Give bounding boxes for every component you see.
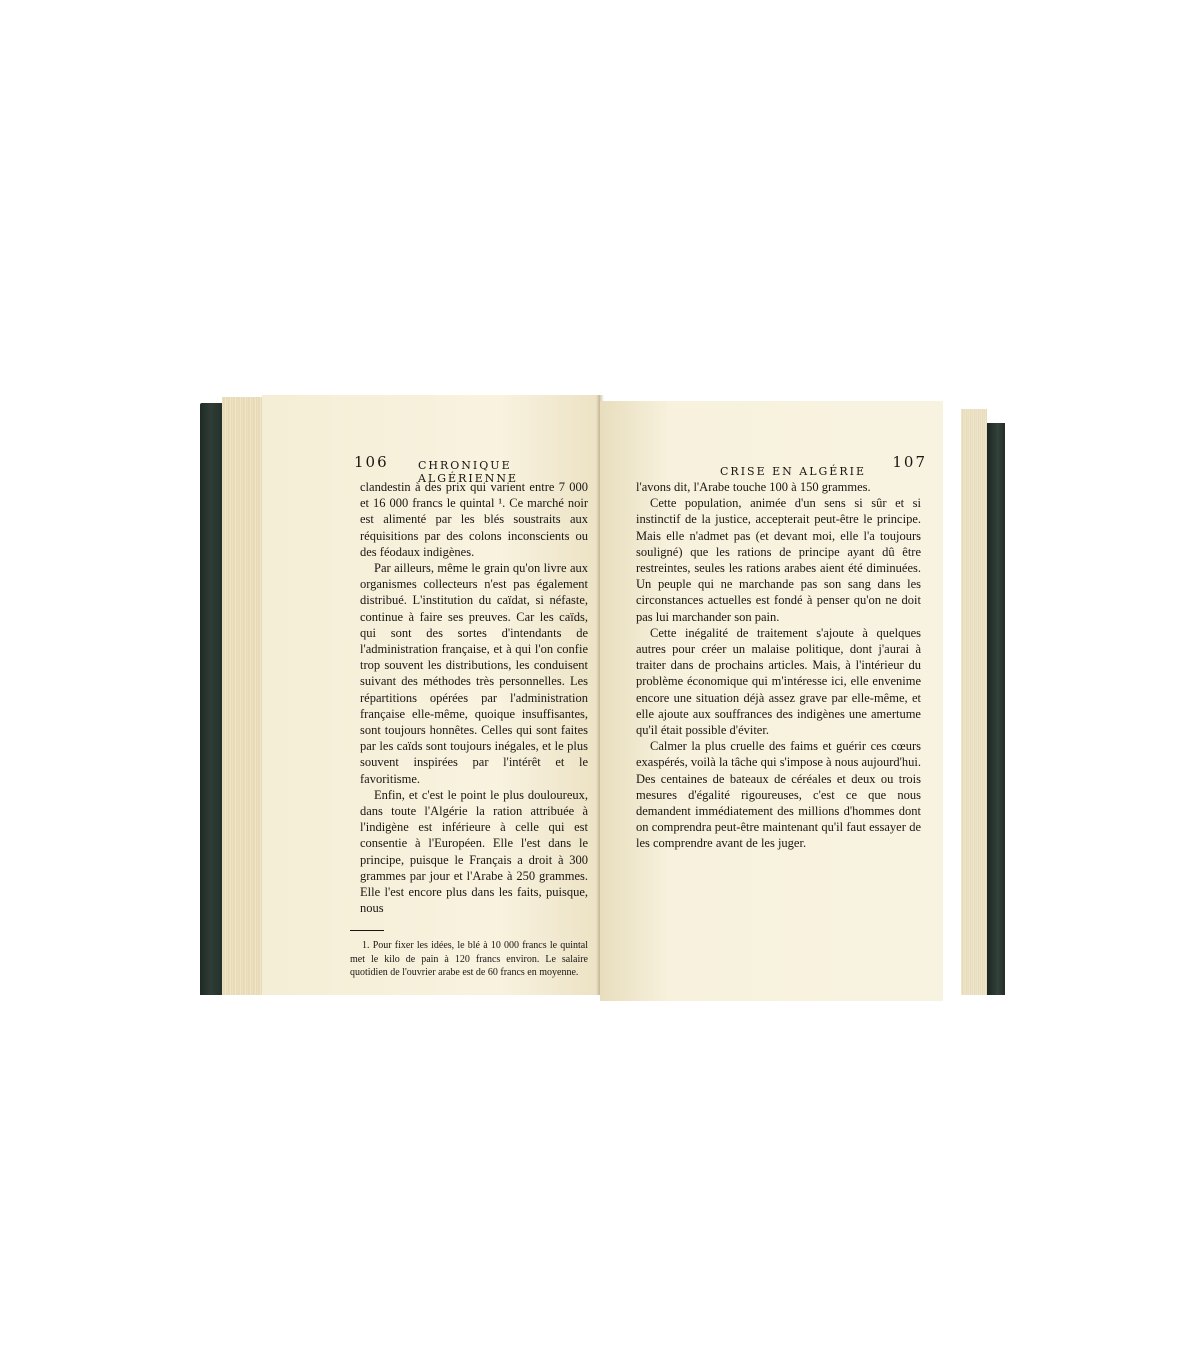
paragraph: l'avons dit, l'Arabe touche 100 à 150 gr… <box>636 479 921 495</box>
right-running-head: CRISE EN ALGÉRIE 107 <box>636 457 921 479</box>
running-title-left: CHRONIQUE ALGÉRIENNE <box>418 459 588 485</box>
book-cover-left <box>200 403 222 995</box>
book-cover-right <box>987 423 1005 995</box>
left-page: 106 CHRONIQUE ALGÉRIENNE clandestin à de… <box>262 395 600 995</box>
paragraph: Par ailleurs, même le grain qu'on livre … <box>360 560 588 787</box>
running-title-right: CRISE EN ALGÉRIE <box>720 465 866 478</box>
right-page-body: l'avons dit, l'Arabe touche 100 à 150 gr… <box>636 479 921 852</box>
page-edges-left <box>222 397 264 995</box>
paragraph: Calmer la plus cruelle des faims et guér… <box>636 738 921 851</box>
paragraph: Enfin, et c'est le point le plus doulour… <box>360 787 588 917</box>
footnote-rule <box>350 930 384 931</box>
open-book: 106 CHRONIQUE ALGÉRIENNE clandestin à de… <box>200 395 1005 995</box>
paragraph: Cette population, animée d'un sens si sû… <box>636 495 921 625</box>
footnote-block: 1. Pour fixer les idées, le blé à 10 000… <box>350 930 588 980</box>
page-number-left: 106 <box>354 453 389 471</box>
page-number-right: 107 <box>892 453 927 471</box>
right-page: CRISE EN ALGÉRIE 107 l'avons dit, l'Arab… <box>600 401 943 1001</box>
footnote: 1. Pour fixer les idées, le blé à 10 000… <box>350 939 588 980</box>
paragraph: clandestin à des prix qui varient entre … <box>360 479 588 560</box>
paragraph: Cette inégalité de traitement s'ajoute à… <box>636 625 921 738</box>
left-running-head: 106 CHRONIQUE ALGÉRIENNE <box>362 457 588 479</box>
left-page-body: clandestin à des prix qui varient entre … <box>360 479 588 916</box>
page-edges-right <box>961 409 987 995</box>
